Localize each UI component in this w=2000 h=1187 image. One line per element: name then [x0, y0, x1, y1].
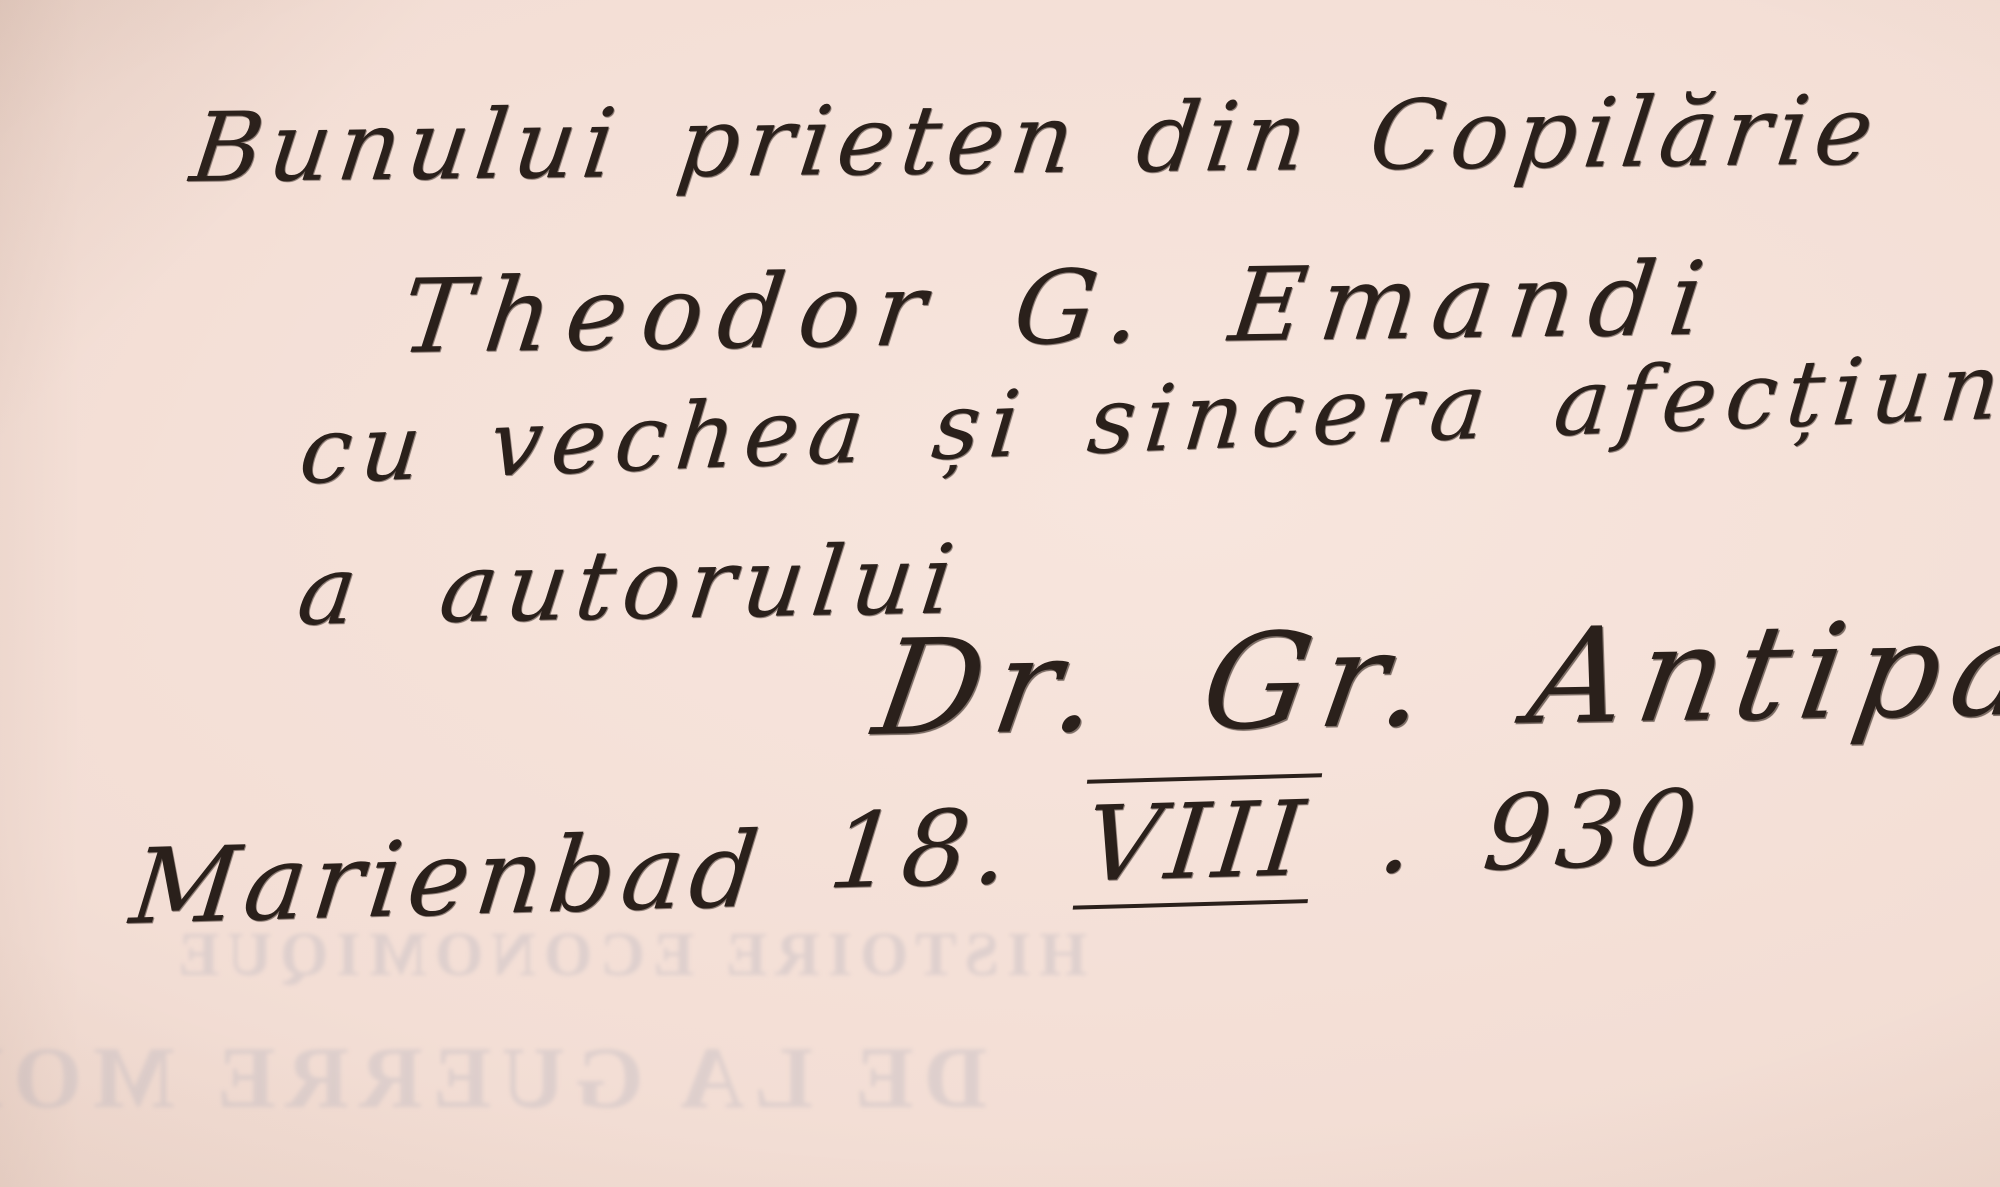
signature-dr-gr-antipa: Dr. Gr. Antipa [865, 592, 2000, 766]
bleedthrough-text-de-la-guerre: DE LA GUERRE MON [0, 1028, 987, 1129]
date-separator-dot: . [1373, 774, 1426, 897]
dedication-line-author: a autorului [292, 523, 967, 647]
book-flyleaf-page: HISTOIRE ECONOMIQUE DE LA GUERRE MON Bun… [0, 0, 2000, 1187]
date-month-roman-numeral: VIII [1072, 773, 1322, 909]
place-name: Marienbad [125, 808, 770, 948]
date-year: 930 [1478, 766, 1709, 894]
dedication-line-to-friend: Bunului prieten din Copilărie [185, 74, 1887, 204]
date-day: 18. [823, 786, 1021, 913]
place-and-date-line: Marienbad 18. VIII . 930 [125, 782, 1707, 948]
